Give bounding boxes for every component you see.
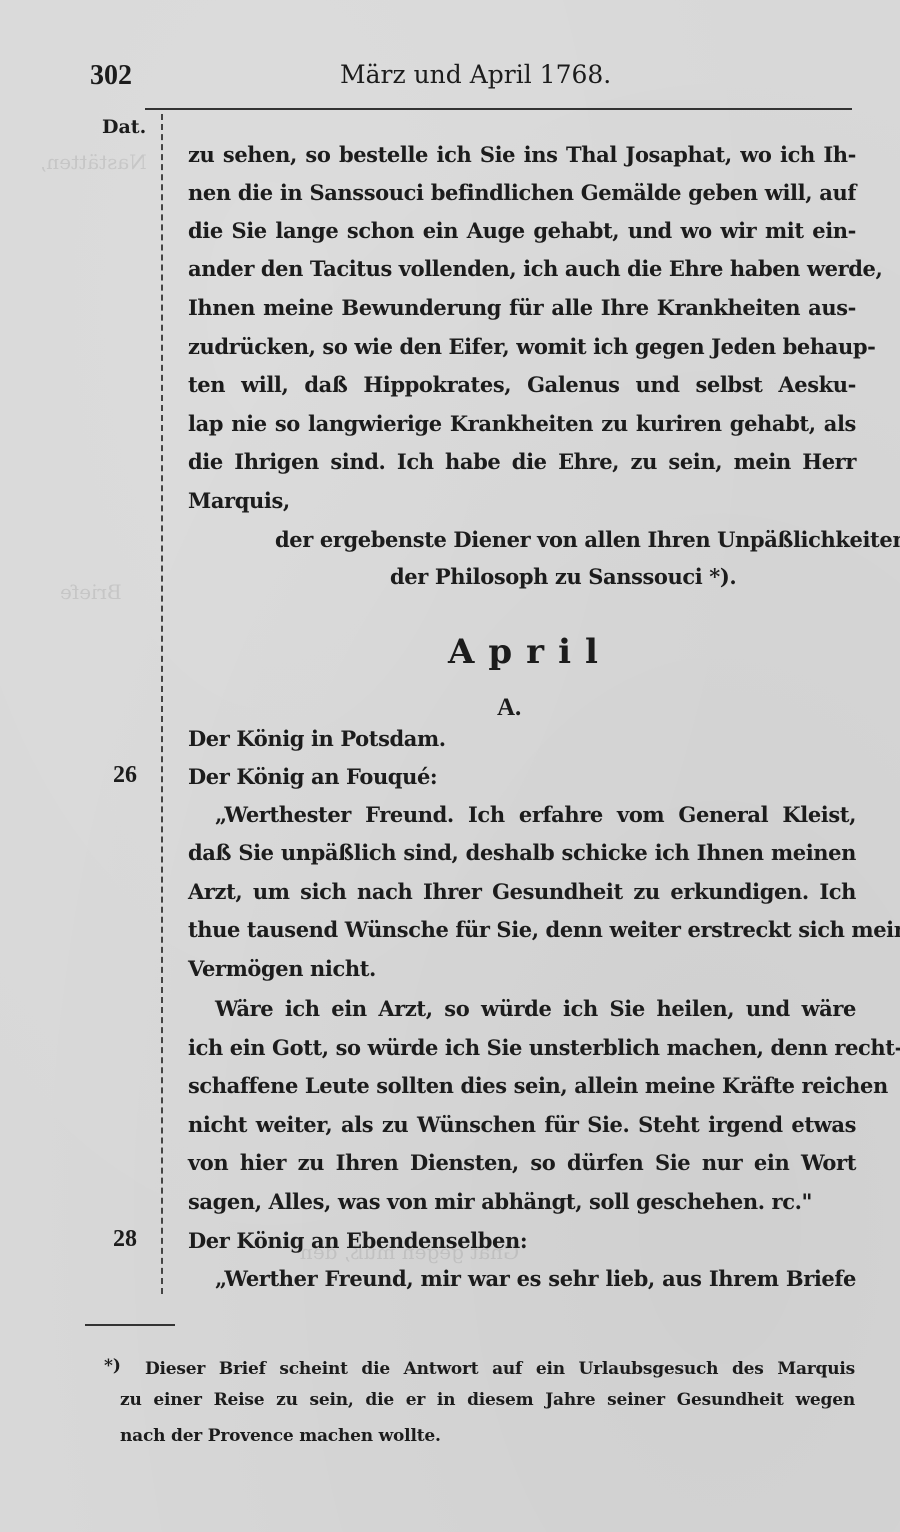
text-line: Marquis, bbox=[188, 486, 856, 516]
section-letter: A. bbox=[497, 694, 521, 722]
location-line: Der König in Potsdam. bbox=[188, 724, 856, 754]
footnote-line: zu einer Reise zu sein, die er in diesem… bbox=[120, 1387, 855, 1413]
text-line: „Werthester Freund. Ich erfahre vom Gene… bbox=[215, 800, 856, 830]
text-line: ich ein Gott, so würde ich Sie unsterbli… bbox=[188, 1033, 856, 1063]
text-line: sagen, Alles, was von mir abhängt, soll … bbox=[188, 1187, 856, 1217]
entry-heading: Der König an Fouqué: bbox=[188, 762, 856, 792]
text-line: schaffene Leute sollten dies sein, allei… bbox=[188, 1071, 856, 1101]
signature-line: der ergebenste Diener von allen Ihren Un… bbox=[275, 527, 900, 552]
book-page: Nastätten, Briefe Gnat gegen muß, den 30… bbox=[0, 0, 900, 1532]
text-line: ander den Tacitus vollenden, ich auch di… bbox=[188, 254, 856, 284]
text-line: von hier zu Ihren Diensten, so dürfen Si… bbox=[188, 1148, 856, 1178]
text-line: Vermögen nicht. bbox=[188, 954, 856, 984]
text-line: zu sehen, so bestelle ich Sie ins Thal J… bbox=[188, 140, 856, 170]
running-title: März und April 1768. bbox=[340, 60, 611, 89]
text-line: thue tausend Wünsche für Sie, denn weite… bbox=[188, 915, 856, 945]
text-line: ten will, daß Hippokrates, Galenus und s… bbox=[188, 370, 856, 400]
text-line: Ihnen meine Bewunderung für alle Ihre Kr… bbox=[188, 293, 856, 323]
signature-line: der Philosoph zu Sanssouci *). bbox=[390, 564, 736, 589]
date-26: 26 bbox=[113, 762, 137, 789]
text-line: nen die in Sanssouci befindlichen Gemäld… bbox=[188, 178, 856, 208]
header-rule bbox=[145, 108, 852, 110]
page-number: 302 bbox=[90, 60, 132, 92]
text-line: daß Sie unpäßlich sind, deshalb schicke … bbox=[188, 838, 856, 868]
text-line: die Ihrigen sind. Ich habe die Ehre, zu … bbox=[188, 447, 856, 477]
text-line: zudrücken, so wie den Eifer, womit ich g… bbox=[188, 332, 856, 362]
show-through-text: Nastätten, bbox=[40, 150, 147, 174]
footnote-rule bbox=[85, 1324, 175, 1326]
page-header: 302 März und April 1768. bbox=[90, 56, 850, 96]
margin-rule bbox=[161, 114, 164, 1294]
show-through-text: Briefe bbox=[60, 580, 122, 604]
section-title: April bbox=[448, 632, 612, 672]
text-line: nicht weiter, als zu Wünschen für Sie. S… bbox=[188, 1110, 856, 1140]
text-line: Arzt, um sich nach Ihrer Gesundheit zu e… bbox=[188, 877, 856, 907]
footnote-line: nach der Provence machen wollte. bbox=[120, 1423, 855, 1449]
date-28: 28 bbox=[113, 1226, 137, 1253]
footnote-line: Dieser Brief scheint die Antwort auf ein… bbox=[145, 1356, 855, 1382]
entry-heading: Der König an Ebendenselben: bbox=[188, 1226, 856, 1256]
text-line: lap nie so langwierige Krankheiten zu ku… bbox=[188, 409, 856, 439]
date-column-label: Dat. bbox=[102, 116, 146, 138]
text-line: Wäre ich ein Arzt, so würde ich Sie heil… bbox=[215, 994, 856, 1024]
text-line: die Sie lange schon ein Auge gehabt, und… bbox=[188, 216, 856, 246]
footnote-marker: *) bbox=[104, 1356, 121, 1376]
text-line: „Werther Freund, mir war es sehr lieb, a… bbox=[215, 1264, 856, 1294]
